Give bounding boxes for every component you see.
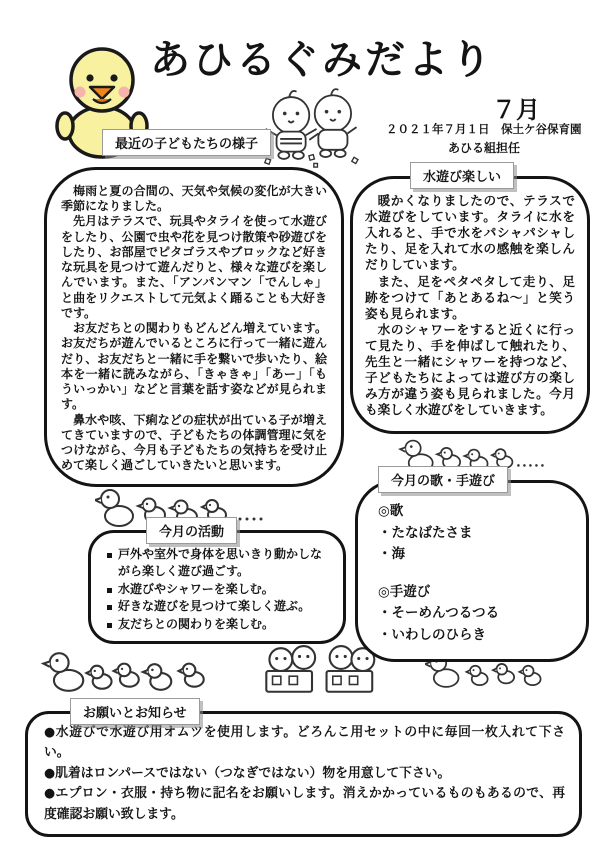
mizuasobi-text-bubble: 暖かくなりましたので、テラスで水遊びをしています。タライに水を入れると、手で水を… — [350, 176, 590, 434]
activities-list: 戸外や室外で身体を思いきり動かしながら楽しく遊び過ごす。水遊びやシャワーを楽しむ… — [105, 546, 331, 633]
song-item: ・海 — [378, 544, 570, 566]
section-label-mizuasobi: 水遊び楽しい — [410, 162, 514, 189]
teasobi-item: ・そーめんつるつる — [378, 603, 570, 625]
activity-item: 戸外や室外で身体を思いきり動かしながら楽しく遊び過ごす。 — [105, 546, 331, 581]
recent-text-bubble: 梅雨と夏の合間の、天気や気候の変化が大きい季節になりました。先月はテラスで、玩具… — [44, 167, 344, 487]
date-and-school: ２０２１年７月１日 保土ケ谷保育園 — [386, 121, 582, 137]
month-label: ７月 — [492, 90, 540, 125]
section-label-songs: 今月の歌・手遊び — [378, 466, 508, 493]
songs-heading: ◎歌 — [378, 501, 570, 523]
notice-bubble: ●水遊びで水遊び用オムツを使用します。どろんこ用セットの中に毎回一枚入れて下さい… — [25, 711, 582, 837]
paragraph: 先月はテラスで、玩具やタライを使って水遊びをしたり、公園で虫や花を見つけ散策や砂… — [61, 214, 327, 321]
staff-label: あひる組担任 — [404, 139, 564, 156]
paragraph: 暖かくなりましたので、テラスで水遊びをしています。タライに水を入れると、手で水を… — [365, 193, 575, 274]
mizuasobi-paragraphs: 暖かくなりましたので、テラスで水遊びをしています。タライに水を入れると、手で水を… — [365, 193, 575, 419]
page-title: あひるぐみだより — [150, 28, 494, 85]
notice-item: ●水遊びで水遊び用オムツを使用します。どろんこ用セットの中に毎回一枚入れて下さい… — [44, 723, 565, 764]
paragraph: 梅雨と夏の合間の、天気や気候の変化が大きい季節になりました。 — [61, 184, 327, 214]
notice-list: ●水遊びで水遊び用オムツを使用します。どろんこ用セットの中に毎回一枚入れて下さい… — [44, 723, 565, 825]
teasobi-heading: ◎手遊び — [378, 582, 570, 604]
paragraph: 水のシャワーをすると近くに行って見たり、手を伸ばして触れたり、先生と一緒にシャワ… — [365, 322, 575, 419]
section-label-activities: 今月の活動 — [146, 517, 237, 544]
song-item: ・たなばたさま — [378, 523, 570, 545]
activity-item: 好きな遊びを見つけて楽しく遊ぶ。 — [105, 598, 331, 615]
songs-list: ・たなばたさま・海 — [378, 523, 570, 566]
newsletter-page: あひるぐみだより ７月 ２０２１年７月１日 保土ケ谷保育園 あひる組担任 — [0, 0, 595, 842]
notice-item: ●エプロン・衣服・持ち物に記名をお願いします。消えかかっているものもあるので、再… — [44, 784, 565, 825]
paragraph: お友だちとの関わりもどんどん増えています。お友だちが遊んでいるところに行って一緒… — [61, 321, 327, 412]
paragraph: 鼻水や咳、下痢などの症状が出ている子が増えてきていますので、子どもたちの体調管理… — [61, 413, 327, 474]
paragraph: また、足をペタペタして走り、足跡をつけて「あとあるね～」と笑う姿も見られます。 — [365, 274, 575, 322]
notice-item: ●肌着はロンパースではない（つなぎではない）物を用意して下さい。 — [44, 764, 565, 784]
babies-illustration-icon — [262, 86, 362, 170]
recent-paragraphs: 梅雨と夏の合間の、天気や気候の変化が大きい季節になりました。先月はテラスで、玩具… — [61, 184, 327, 473]
teasobi-item: ・いわしのひらき — [378, 625, 570, 647]
songs-bubble: ◎歌 ・たなばたさま・海 ◎手遊び ・そーめんつるつる・いわしのひらき — [355, 480, 589, 662]
section-label-recent: 最近の子どもたちの様子 — [102, 129, 271, 156]
activity-item: 友だちとの関わりを楽しむ。 — [105, 616, 331, 633]
section-label-notice: お願いとお知らせ — [70, 698, 200, 725]
duck-family-icon — [40, 650, 225, 694]
teasobi-list: ・そーめんつるつる・いわしのひらき — [378, 603, 570, 646]
activities-bubble: 戸外や室外で身体を思いきり動かしながら楽しく遊び過ごす。水遊びやシャワーを楽しむ… — [88, 530, 346, 644]
activity-item: 水遊びやシャワーを楽しむ。 — [105, 581, 331, 598]
